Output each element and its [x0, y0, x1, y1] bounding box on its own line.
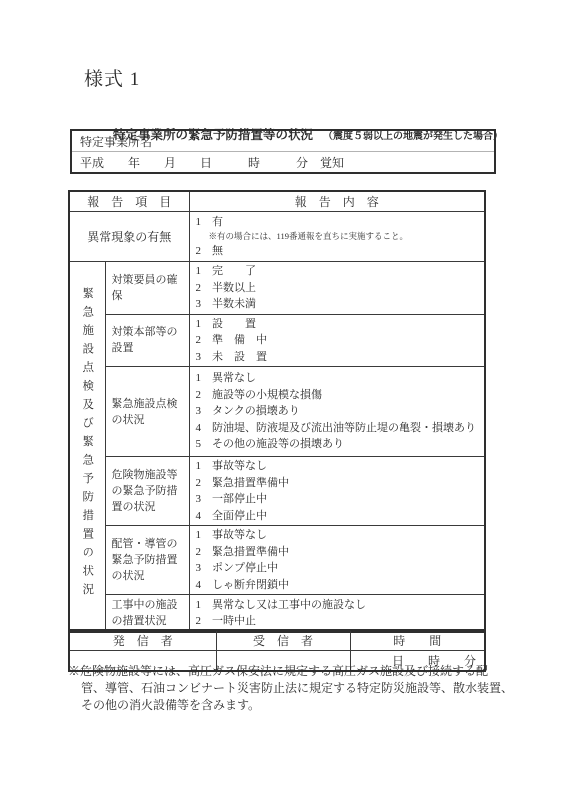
option-line: 2 準 備 中 [196, 332, 483, 349]
option-line: 4 防油堤、防液堤及び流出油等防止堤の亀裂・損壊あり [196, 420, 483, 437]
abnormal-phenomena-options: 1 有 ※有の場合には、119番通報を直ちに実施すること。 2 無 [189, 212, 485, 262]
option-line: 2 施設等の小規模な損傷 [196, 387, 483, 404]
receiver-header-cell: 受 信 者 [216, 630, 350, 651]
under-construction-options: 1 異常なし又は工事中の施設なし 2 一時中止 [189, 595, 485, 633]
option-footnote: ※有の場合には、119番通報を直ちに実施すること。 [196, 230, 483, 243]
office-name-cell: 特定事業所名 [71, 130, 495, 152]
notified-datetime-cell: 平成 年 月 日 時 分 覚知 [71, 152, 495, 174]
piping-measures-label: 配管・導管の緊急予防措置の状況 [105, 526, 189, 595]
option-line: 5 その他の施設等の損壊あり [196, 436, 483, 453]
piping-measures-options: 1 事故等なし 2 緊急措置準備中 3 ポンプ停止中 4 しゃ断弁閉鎖中 [189, 526, 485, 595]
hazmat-facility-measures-label: 危険物施設等の緊急予防措置の状況 [105, 457, 189, 526]
emergency-measures-group-cell: 緊急施設点検及び緊急予防措置の状況 [69, 262, 105, 633]
emergency-measures-group-label: 緊急施設点検及び緊急予防措置の状況 [72, 287, 102, 602]
time-header-cell: 時 間 [350, 630, 485, 651]
option-line: 3 半数未満 [196, 296, 483, 313]
report-content-header: 報 告 内 容 [189, 191, 485, 212]
sender-header-cell: 発 信 者 [69, 630, 216, 651]
option-line: 2 一時中止 [196, 613, 483, 630]
footnote-line: 管、導管、石油コンビナート災害防止法に規定する特定防災施設等、散水装置、 [68, 680, 513, 697]
facility-inspection-label: 緊急施設点検の状況 [105, 367, 189, 457]
under-construction-label: 工事中の施設の措置状況 [105, 595, 189, 633]
personnel-secure-options: 1 完 了 2 半数以上 3 半数未満 [189, 262, 485, 315]
option-line: 1 事故等なし [196, 527, 483, 544]
footnote-line: ※危険物施設等には、高圧ガス保安法に規定する高圧ガス施設及び接続する配 [68, 663, 513, 680]
option-line: 1 設 置 [196, 316, 483, 333]
personnel-secure-label: 対策要員の確保 [105, 262, 189, 315]
option-line: 1 異常なし又は工事中の施設なし [196, 597, 483, 614]
footnote: ※危険物施設等には、高圧ガス保安法に規定する高圧ガス施設及び接続する配 管、導管… [68, 663, 513, 715]
hq-setup-options: 1 設 置 2 準 備 中 3 未 設 置 [189, 314, 485, 367]
abnormal-phenomena-label: 異常現象の有無 [69, 212, 189, 262]
option-line: 2 緊急措置準備中 [196, 544, 483, 561]
option-line: 1 事故等なし [196, 458, 483, 475]
option-line: 3 未 設 置 [196, 349, 483, 366]
option-line: 1 有 [196, 214, 483, 231]
form-number: 様式 1 [84, 64, 140, 91]
option-line: 1 異常なし [196, 370, 483, 387]
hazmat-facility-measures-options: 1 事故等なし 2 緊急措置準備中 3 一部停止中 4 全面停止中 [189, 457, 485, 526]
footnote-line: その他の消火設備等を含みます。 [68, 697, 513, 714]
option-line: 4 しゃ断弁閉鎖中 [196, 577, 483, 594]
option-line: 3 一部停止中 [196, 491, 483, 508]
office-info-table: 特定事業所名 平成 年 月 日 時 分 覚知 [70, 129, 496, 174]
option-line: 3 タンクの損壊あり [196, 403, 483, 420]
option-line: 2 無 [196, 243, 483, 260]
report-table: 報 告 項 目 報 告 内 容 異常現象の有無 1 有 ※有の場合には、119番… [68, 190, 486, 633]
facility-inspection-options: 1 異常なし 2 施設等の小規模な損傷 3 タンクの損壊あり 4 防油堤、防液堤… [189, 367, 485, 457]
option-line: 3 ポンプ停止中 [196, 560, 483, 577]
option-line: 1 完 了 [196, 263, 483, 280]
hq-setup-label: 対策本部等の設置 [105, 314, 189, 367]
form-page: 様式 1 特定事業所の緊急予防措置等の状況（震度５弱以上の地震が発生した場合） … [0, 0, 565, 800]
option-line: 4 全面停止中 [196, 508, 483, 525]
report-item-header: 報 告 項 目 [69, 191, 189, 212]
option-line: 2 緊急措置準備中 [196, 475, 483, 492]
option-line: 2 半数以上 [196, 280, 483, 297]
